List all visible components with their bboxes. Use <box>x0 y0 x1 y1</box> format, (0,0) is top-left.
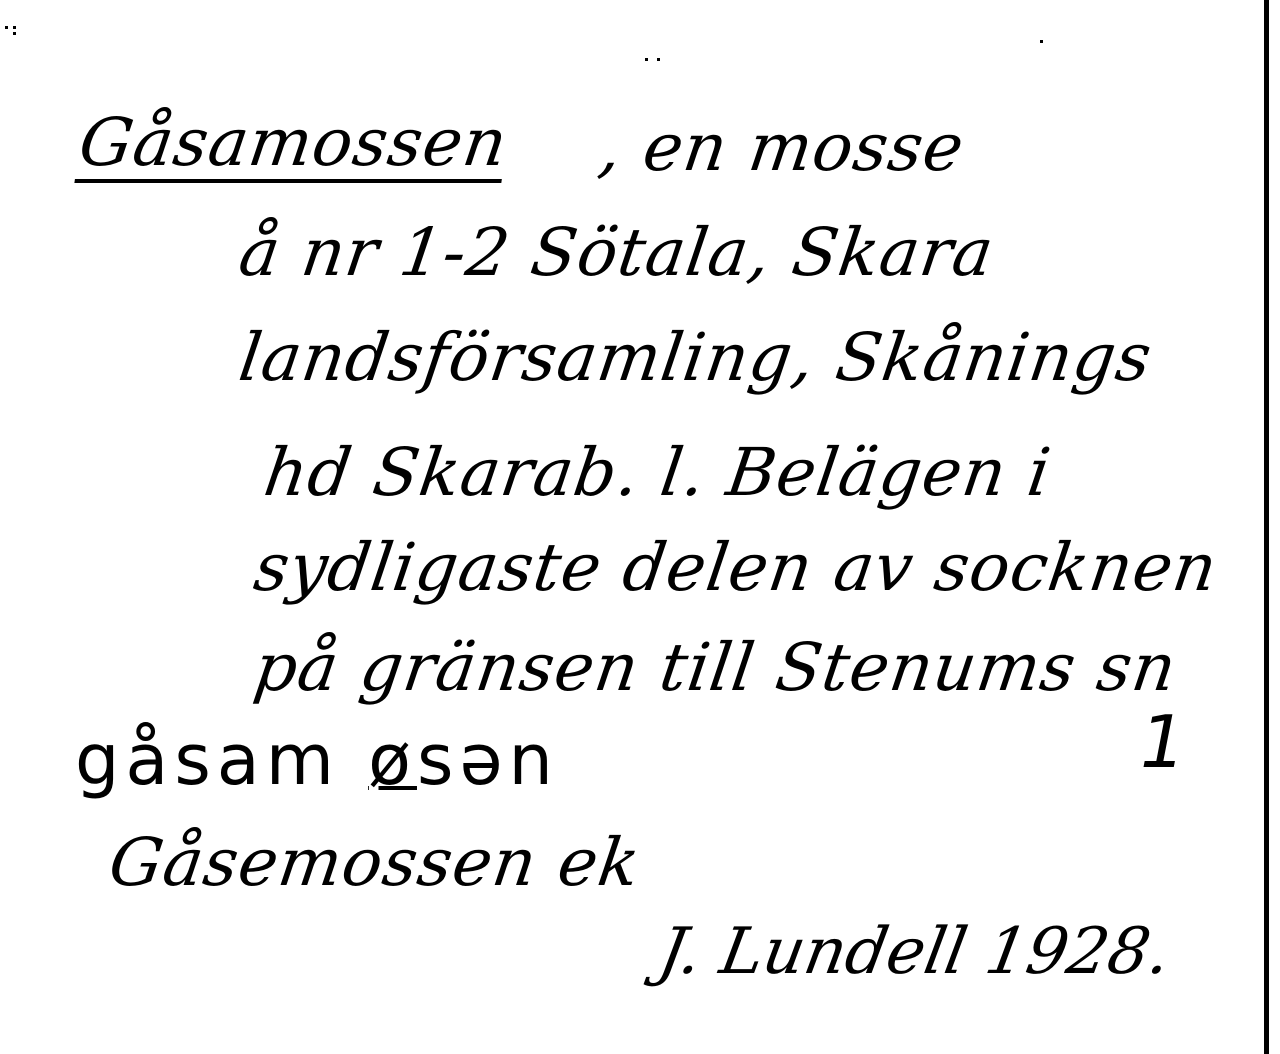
card-edge-border <box>1264 0 1269 1054</box>
card-number: 1 <box>1140 700 1186 784</box>
scan-speck <box>657 58 660 61</box>
variant-form: Gåsemossen ek <box>105 830 644 896</box>
description-line-6: på gränsen till Stenums sn <box>250 635 1180 701</box>
scan-speck <box>5 26 8 29</box>
pronunciation-end: sən <box>417 719 559 801</box>
pronunciation-start: gåsam <box>75 719 340 801</box>
description-line-2: å nr 1-2 Sötala, Skara <box>235 220 998 286</box>
scan-speck <box>13 26 16 29</box>
pronunciation: gåsam øsən <box>75 725 559 795</box>
scan-speck <box>645 58 648 61</box>
pronunciation-stressed: ø <box>368 719 417 801</box>
headword: Gåsamossen <box>75 110 511 176</box>
scan-speck <box>13 32 16 35</box>
signature: J. Lundell 1928. <box>653 915 1176 989</box>
scan-speck <box>1040 40 1043 43</box>
description-line-1: , en mosse <box>595 115 968 181</box>
description-line-4: hd Skarab. l. Belägen i <box>260 440 1055 506</box>
archive-card: Gåsamossen , en mosse å nr 1-2 Sötala, S… <box>0 0 1280 1054</box>
description-line-5: sydligaste delen av socknen <box>250 535 1221 601</box>
description-line-3: landsförsamling, Skånings <box>235 325 1156 391</box>
